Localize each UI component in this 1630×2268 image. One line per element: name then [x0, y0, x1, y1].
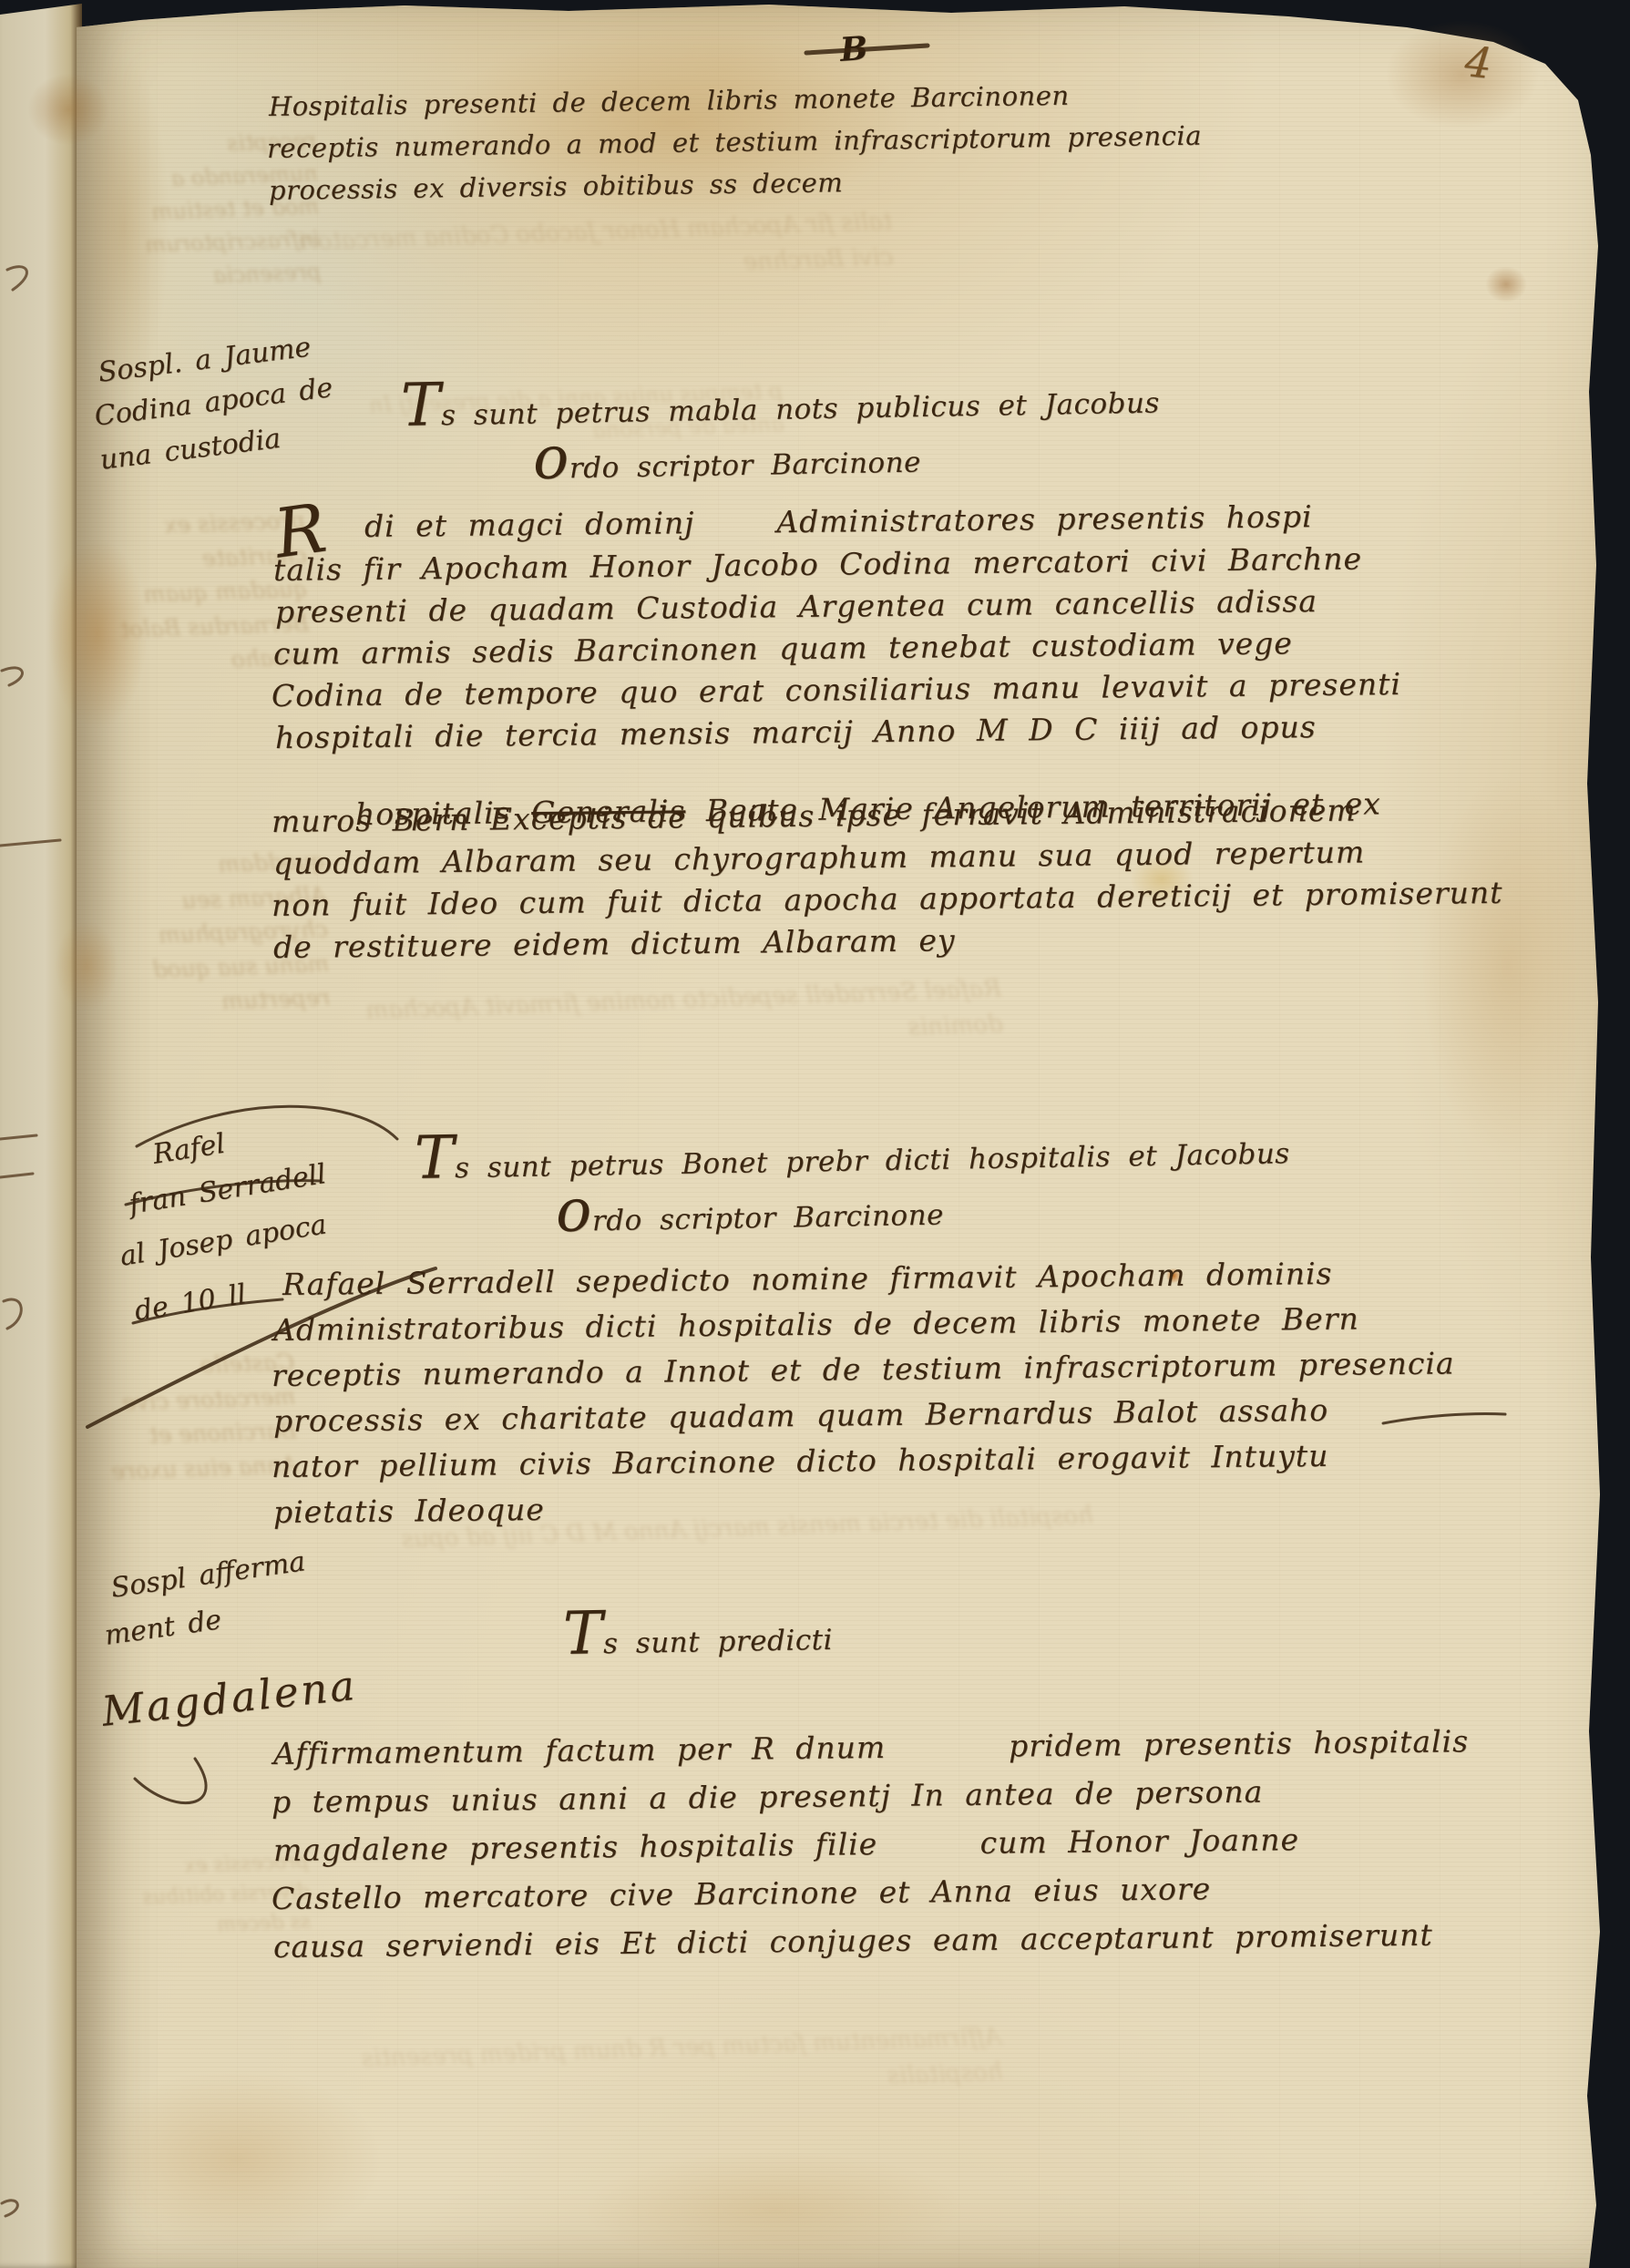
- folio-mark: B: [839, 29, 869, 69]
- heading-line: ordo scriptor Barcinone: [532, 418, 921, 493]
- heading-line: ordo scriptor Barcinone: [555, 1171, 944, 1246]
- heading-line: Ts sunt predicti: [562, 1596, 833, 1668]
- previous-folio-edge: [0, 0, 82, 2268]
- page-number: 4: [1462, 36, 1494, 88]
- paragraph-line: de restituere eidem dictum Albaram ey: [273, 922, 956, 965]
- paragraph-line: pietatis Ideoque: [273, 1492, 545, 1530]
- manuscript-scan: receptis numerando a mod et testium infr…: [0, 0, 1630, 2268]
